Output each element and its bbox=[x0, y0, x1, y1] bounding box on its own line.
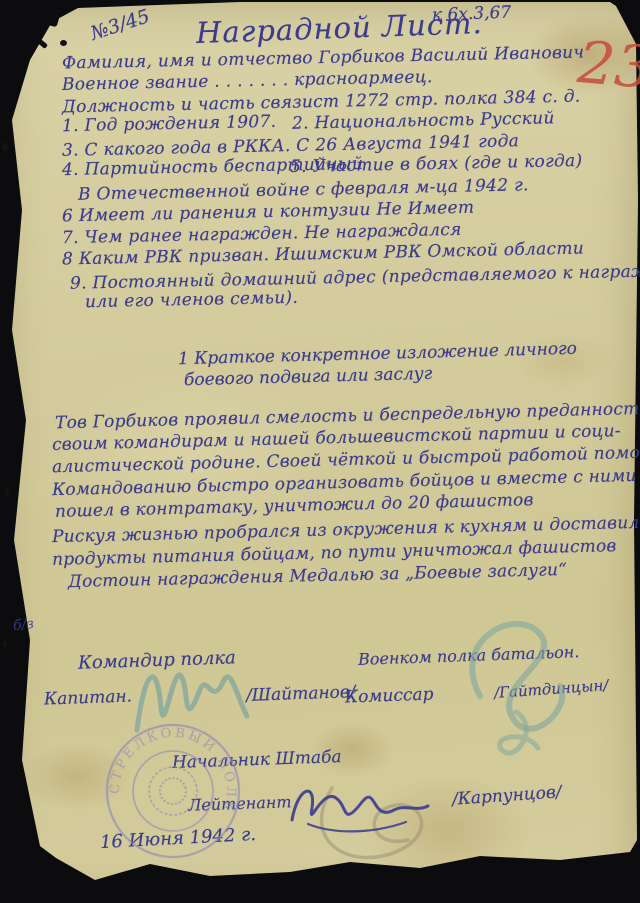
red-page-number: 23 bbox=[576, 33, 640, 97]
edge-speck bbox=[2, 142, 8, 152]
scanned-award-sheet: №3/45 Наградной Лист. к 6х.3,67 23 Фамил… bbox=[0, 0, 640, 903]
commander-rank: Капитан. bbox=[44, 688, 133, 708]
stamp-emblem-core bbox=[157, 775, 189, 807]
torn-corner-fold-2 bbox=[0, 18, 24, 51]
stamp-mid-ring bbox=[124, 742, 223, 841]
stamp-emblem-ring bbox=[143, 761, 202, 820]
teal-autograph-commissar-icon bbox=[420, 600, 590, 770]
field-home-address-2: или его членов семьи). bbox=[85, 290, 298, 311]
archive-note: к 6х.3,67 bbox=[432, 5, 512, 25]
commander-name: /Шайтанов/ bbox=[246, 684, 356, 705]
edge-speck bbox=[4, 488, 9, 496]
field-birth-year: 1. Год рождения 1907. bbox=[62, 114, 277, 135]
teal-autograph-commander-icon bbox=[125, 638, 255, 748]
edge-speck bbox=[3, 640, 7, 648]
margin-note: б/з bbox=[12, 617, 34, 633]
edge-speck bbox=[60, 40, 67, 46]
staff-ink-signature-icon bbox=[278, 772, 438, 842]
